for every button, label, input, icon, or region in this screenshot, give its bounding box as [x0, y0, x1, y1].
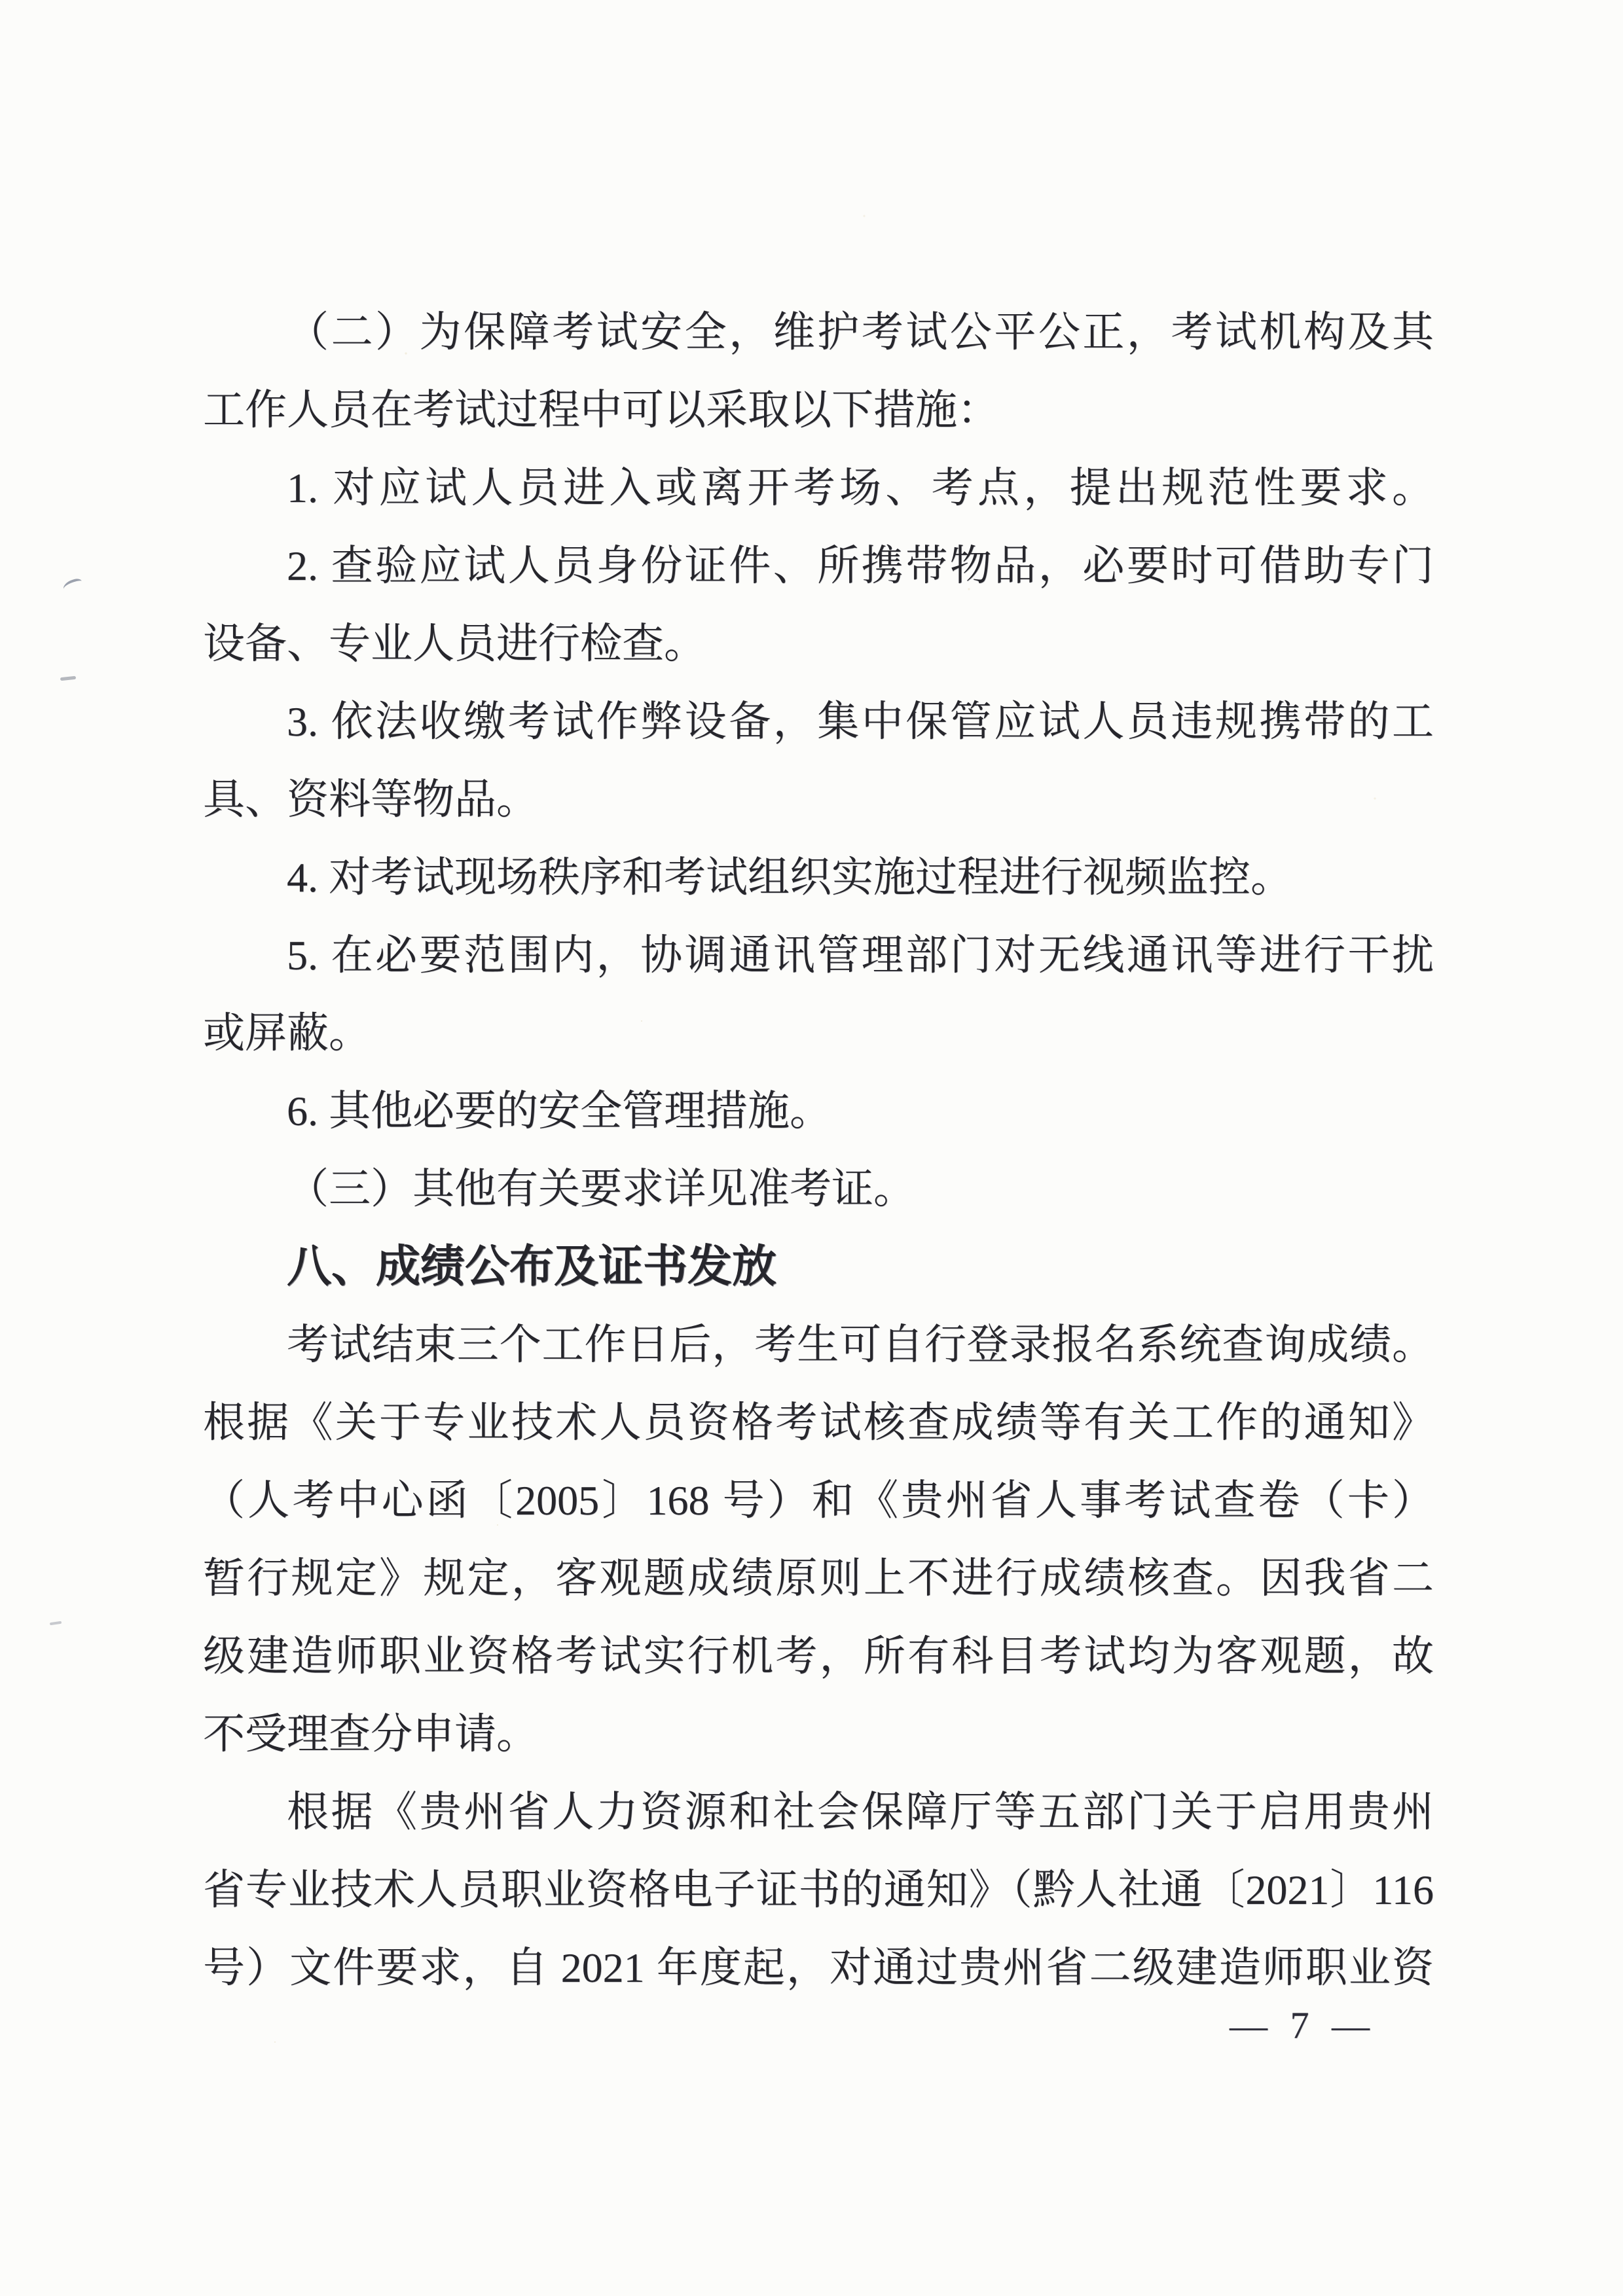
text-line: 根据《贵州省人力资源和社会保障厅等五部门关于启用贵州 [203, 1773, 1434, 1851]
text-line: 不受理查分申请。 [203, 1695, 1434, 1773]
text-line: 考试结束三个工作日后，考生可自行登录报名系统查询成绩。 [203, 1306, 1434, 1384]
section-heading: 八、成绩公布及证书发放 [203, 1228, 1434, 1306]
scan-artifact [50, 1621, 62, 1625]
text-line: 5. 在必要范围内，协调通讯管理部门对无线通讯等进行干扰 [203, 916, 1434, 994]
scan-artifact [60, 676, 76, 681]
text-line: 2. 查验应试人员身份证件、所携带物品，必要时可借助专门 [203, 527, 1434, 605]
scan-artifact [62, 577, 83, 593]
text-line: 4. 对考试现场秩序和考试组织实施过程进行视频监控。 [203, 838, 1434, 916]
text-line: 具、资料等物品。 [203, 761, 1434, 838]
text-line: 级建造师职业资格考试实行机考，所有科目考试均为客观题，故 [203, 1617, 1434, 1695]
text-line: 根据《关于专业技术人员资格考试核查成绩等有关工作的通知》 [203, 1384, 1434, 1462]
text-line: 1. 对应试人员进入或离开考场、考点，提出规范性要求。 [203, 449, 1434, 527]
page-number: — 7 — [1172, 2003, 1434, 2049]
text-line: 暂行规定》规定，客观题成绩原则上不进行成绩核查。因我省二 [203, 1539, 1434, 1617]
text-line: 6. 其他必要的安全管理措施。 [203, 1072, 1434, 1150]
text-line: （人考中心函〔2005〕168 号）和《贵州省人事考试查卷（卡） [203, 1462, 1434, 1539]
text-line: 或屏蔽。 [203, 994, 1434, 1072]
text-line: （二）为保障考试安全，维护考试公平公正，考试机构及其 [203, 293, 1434, 371]
document-page: （二）为保障考试安全，维护考试公平公正，考试机构及其 工作人员在考试过程中可以采… [0, 0, 1623, 2296]
text-line: 号）文件要求，自 2021 年度起，对通过贵州省二级建造师职业资 [203, 1929, 1434, 2007]
text-line: 工作人员在考试过程中可以采取以下措施： [203, 371, 1434, 449]
text-line: 设备、专业人员进行检查。 [203, 605, 1434, 683]
text-line: （三）其他有关要求详见准考证。 [203, 1150, 1434, 1228]
text-line: 3. 依法收缴考试作弊设备，集中保管应试人员违规携带的工 [203, 683, 1434, 761]
document-text-body: （二）为保障考试安全，维护考试公平公正，考试机构及其 工作人员在考试过程中可以采… [203, 293, 1434, 2007]
text-line: 省专业技术人员职业资格电子证书的通知》（黔人社通〔2021〕116 [203, 1851, 1434, 1929]
